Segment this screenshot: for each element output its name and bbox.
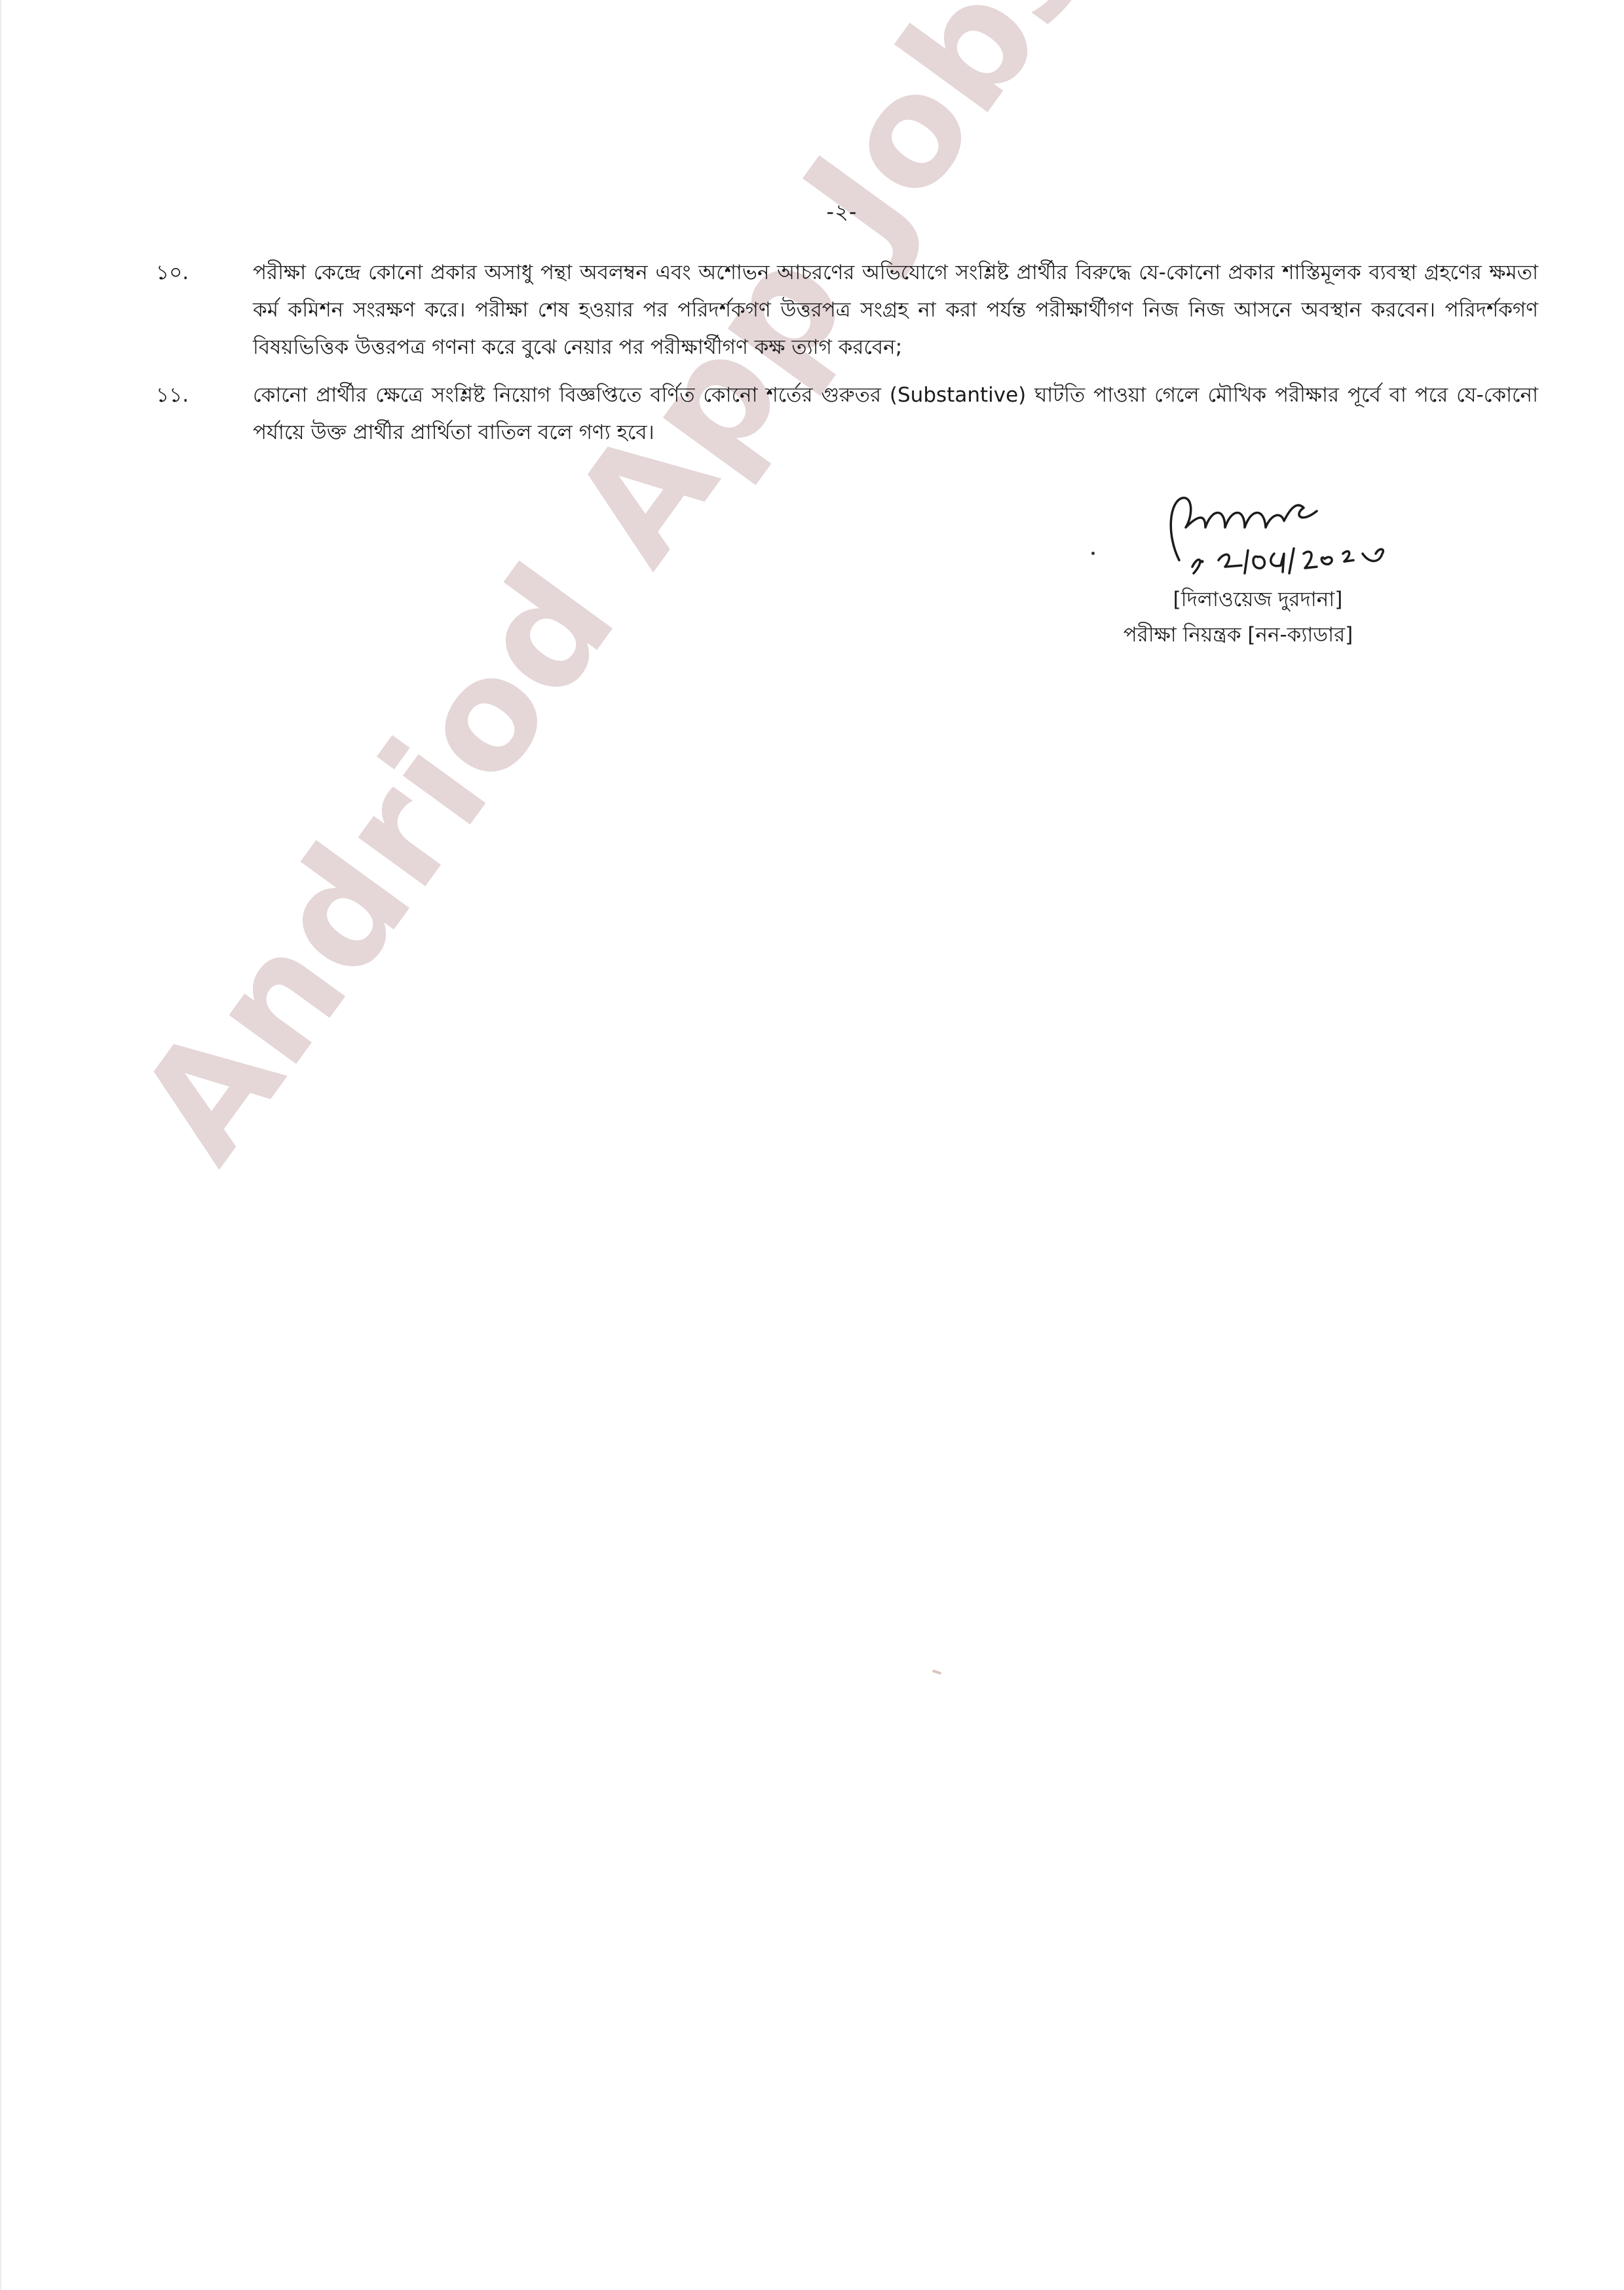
page-number: -২-	[0, 195, 1624, 231]
clause-10: ১০. পরীক্ষা কেন্দ্রে কোনো প্রকার অসাধু প…	[156, 254, 1538, 366]
signatory-block: [দিলাওয়েজ দুরদানা] পরীক্ষা নিয়ন্ত্রক […	[1087, 582, 1428, 653]
signature-icon	[1153, 488, 1454, 586]
clause-text: পরীক্ষা কেন্দ্রে কোনো প্রকার অসাধু পন্থা…	[253, 254, 1538, 366]
scan-speck	[932, 1670, 942, 1675]
clause-text: কোনো প্রার্থীর ক্ষেত্রে সংশ্লিষ্ট নিয়োগ…	[253, 377, 1538, 451]
handwritten-signature	[1153, 488, 1454, 586]
document-page: Andriod App Jobs Exam Alert -২- ১০. পরীক…	[0, 0, 1624, 2290]
scan-edge	[0, 0, 1, 2290]
signatory-designation: পরীক্ষা নিয়ন্ত্রক [নন-ক্যাডার]	[1048, 617, 1428, 653]
clause-number: ১০.	[156, 254, 235, 292]
ink-dot	[1091, 552, 1095, 555]
watermark: Andriod App Jobs Exam Alert	[105, 0, 1211, 1192]
signatory-name: [দিলাওয়েজ দুরদানা]	[1087, 582, 1428, 617]
clause-number: ১১.	[156, 377, 235, 414]
clause-11: ১১. কোনো প্রার্থীর ক্ষেত্রে সংশ্লিষ্ট নি…	[156, 377, 1538, 451]
